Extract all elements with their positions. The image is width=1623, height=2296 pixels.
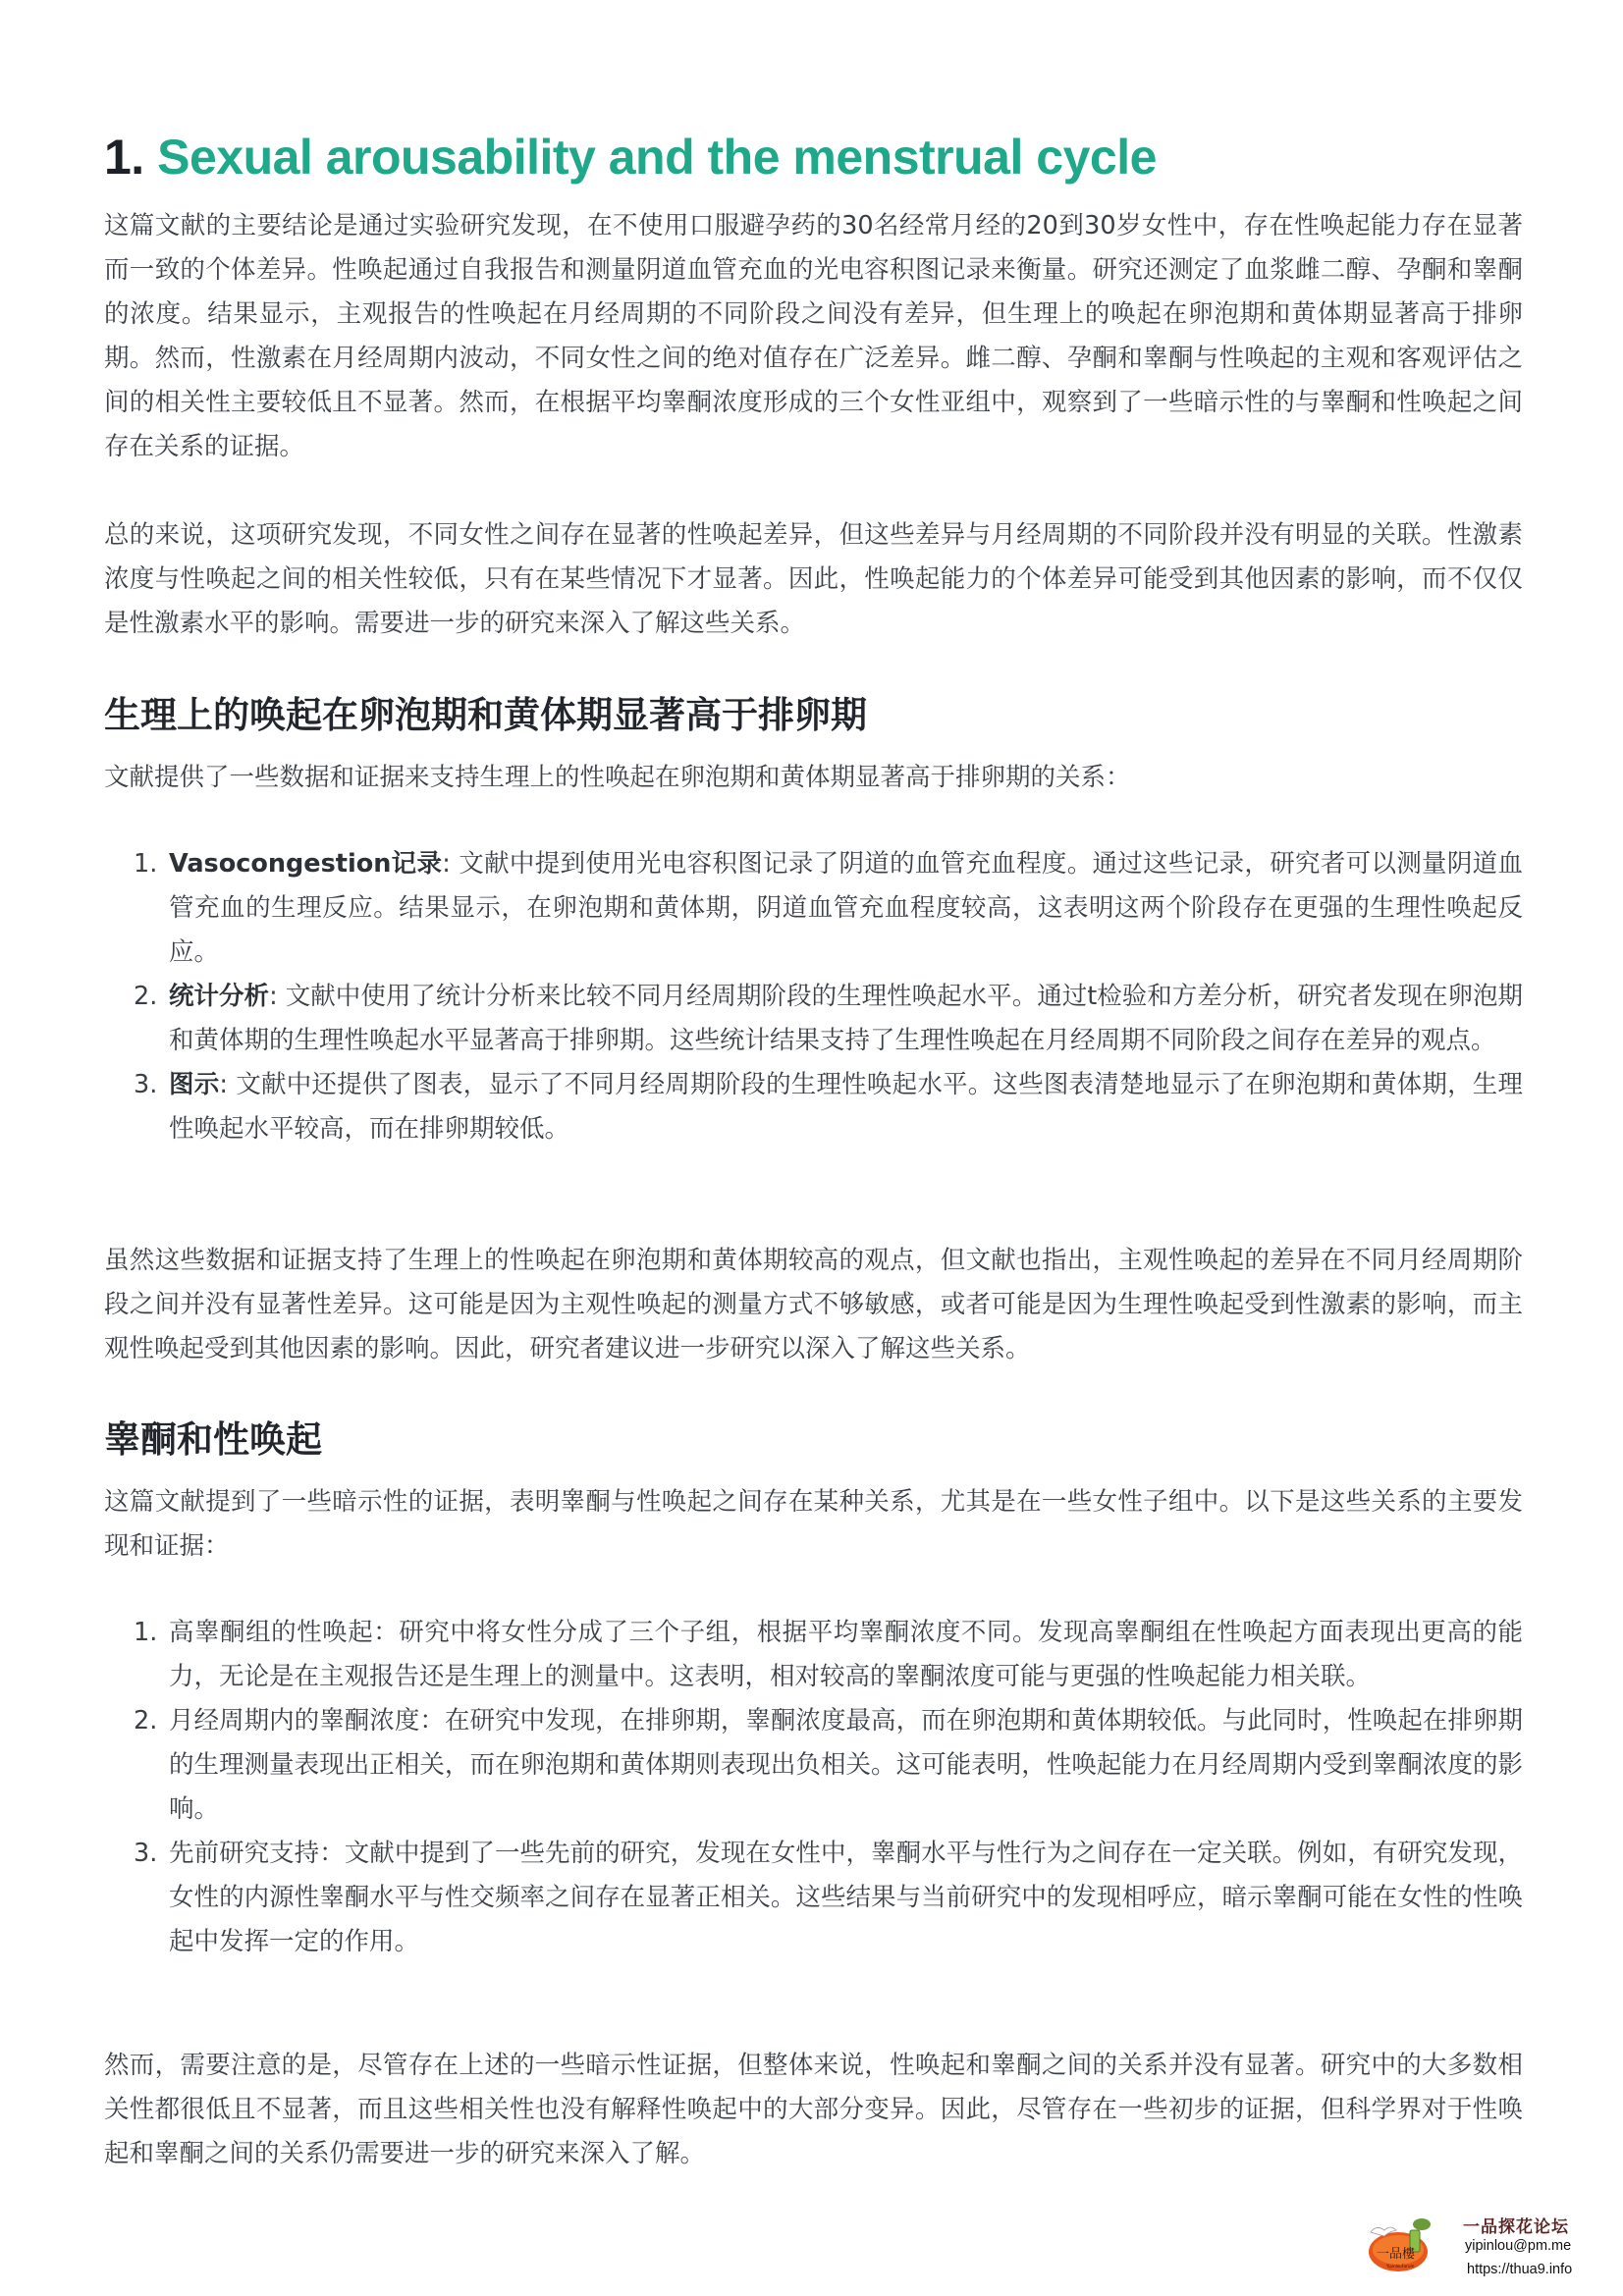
evidence-list-2: 1.高睾酮组的性唤起：研究中将女性分成了三个子组，根据平均睾酮浓度不同。发现高睾… (104, 1611, 1523, 1964)
evidence-list-1: 1.Vasocongestion记录: 文献中提到使用光电容积图记录了阴道的血管… (104, 842, 1523, 1151)
list-item-label: 统计分析 (169, 982, 269, 1011)
subsection-heading-physiological-arousal: 生理上的唤起在卵泡期和黄体期显著高于排卵期 (104, 691, 867, 740)
subsection2-conclusion: 然而，需要注意的是，尽管存在上述的一些暗示性证据，但整体来说，性唤起和睾酮之间的… (104, 2044, 1523, 2176)
section-title-text: Sexual arousability and the menstrual cy… (157, 130, 1157, 185)
forum-email: yipinlou@pm.me (1465, 2238, 1571, 2254)
list-item-text: : 文献中使用了统计分析来比较不同月经周期阶段的生理性唤起水平。通过t检验和方差… (169, 982, 1523, 1055)
list-item-text: 月经周期内的睾酮浓度：在研究中发现，在排卵期，睾酮浓度最高，而在卵泡期和黄体期较… (169, 1706, 1523, 1824)
list-marker: 2. (134, 1699, 157, 1743)
svg-text:YipinlouForum: YipinlouForum (1385, 2264, 1414, 2269)
intro-paragraph-1: 这篇文献的主要结论是通过实验研究发现，在不使用口服避孕药的30名经常月经的20到… (104, 204, 1523, 469)
list-item: 2.统计分析: 文献中使用了统计分析来比较不同月经周期阶段的生理性唤起水平。通过… (169, 975, 1523, 1063)
list-item: 1.Vasocongestion记录: 文献中提到使用光电容积图记录了阴道的血管… (169, 842, 1523, 975)
list-item-text: 高睾酮组的性唤起：研究中将女性分成了三个子组，根据平均睾酮浓度不同。发现高睾酮组… (169, 1618, 1523, 1691)
list-item-label: 图示 (169, 1070, 219, 1099)
list-item-label: Vasocongestion记录 (169, 849, 442, 879)
forum-logo-icon: 一品樓 YipinlouForum (1367, 2216, 1435, 2273)
subsection1-lead: 文献提供了一些数据和证据来支持生理上的性唤起在卵泡期和黄体期显著高于排卵期的关系… (104, 756, 1523, 800)
list-item: 2.月经周期内的睾酮浓度：在研究中发现，在排卵期，睾酮浓度最高，而在卵泡期和黄体… (169, 1699, 1523, 1832)
list-item: 3.先前研究支持：文献中提到了一些先前的研究，发现在女性中，睾酮水平与性行为之间… (169, 1832, 1523, 1964)
list-marker: 1. (134, 1611, 157, 1655)
list-marker: 3. (134, 1832, 157, 1876)
list-item: 1.高睾酮组的性唤起：研究中将女性分成了三个子组，根据平均睾酮浓度不同。发现高睾… (169, 1611, 1523, 1699)
section-number: 1. (104, 130, 144, 185)
footer-watermark: 一品樓 YipinlouForum 一品探花论坛 yipinlou@pm.me … (1363, 2213, 1623, 2296)
svg-text:一品樓: 一品樓 (1377, 2246, 1416, 2262)
list-marker: 3. (134, 1063, 157, 1107)
subsection-heading-testosterone: 睾酮和性唤起 (104, 1415, 322, 1465)
forum-brand-name: 一品探花论坛 (1463, 2213, 1569, 2237)
list-marker: 2. (134, 975, 157, 1019)
list-item-text: : 文献中还提供了图表，显示了不同月经周期阶段的生理性唤起水平。这些图表清楚地显… (169, 1070, 1523, 1144)
list-item: 3.图示: 文献中还提供了图表，显示了不同月经周期阶段的生理性唤起水平。这些图表… (169, 1063, 1523, 1151)
intro-paragraph-2: 总的来说，这项研究发现，不同女性之间存在显著的性唤起差异，但这些差异与月经周期的… (104, 513, 1523, 646)
subsection2-lead: 这篇文献提到了一些暗示性的证据，表明睾酮与性唤起之间存在某种关系，尤其是在一些女… (104, 1480, 1523, 1569)
list-item-text: 先前研究支持：文献中提到了一些先前的研究，发现在女性中，睾酮水平与性行为之间存在… (169, 1839, 1523, 1956)
section-title: 1. Sexual arousability and the menstrual… (104, 126, 1157, 188)
forum-url: https://thua9.info (1467, 2262, 1572, 2277)
subsection1-conclusion: 虽然这些数据和证据支持了生理上的性唤起在卵泡期和黄体期较高的观点，但文献也指出，… (104, 1239, 1523, 1371)
list-marker: 1. (134, 842, 157, 886)
